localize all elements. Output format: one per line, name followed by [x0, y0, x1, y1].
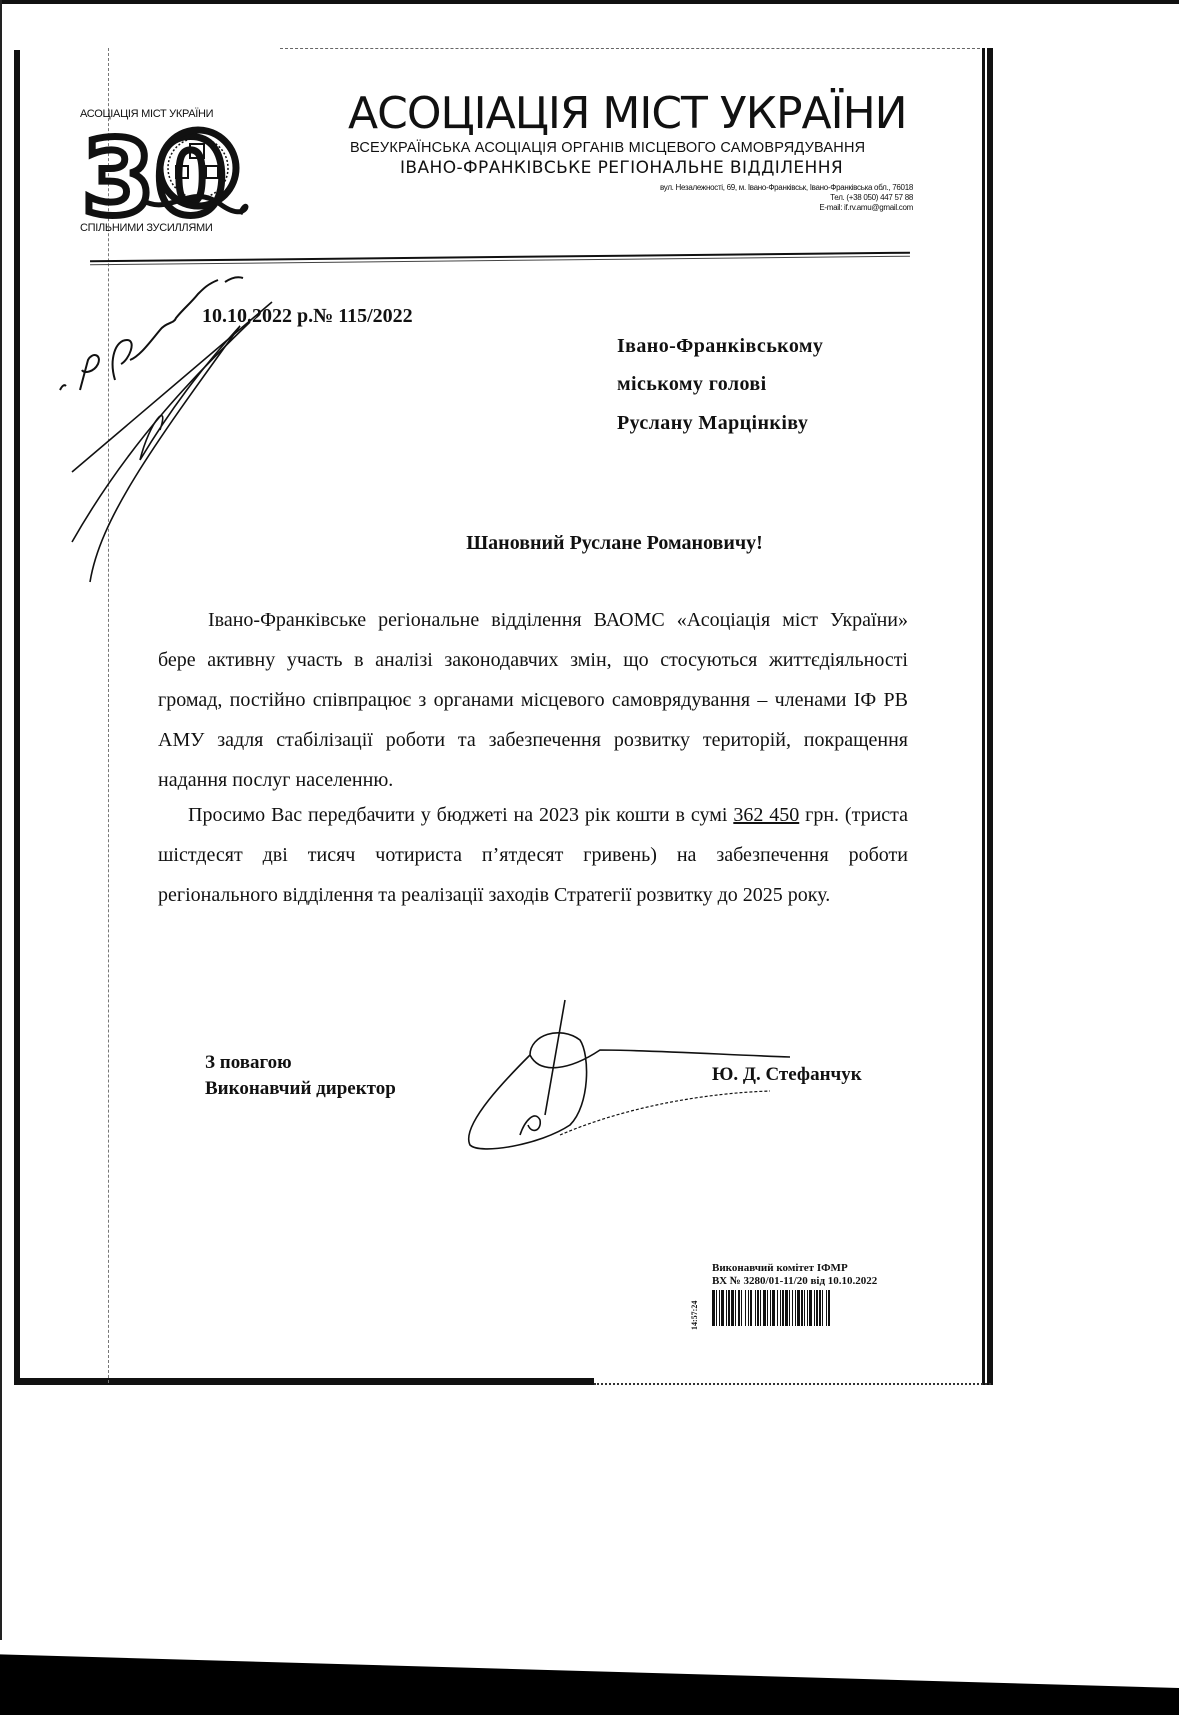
address: вул. Незалежності, 69, м. Івано-Франківс…: [660, 183, 913, 193]
recipient-line-3: Руслану Марцінківу: [617, 412, 808, 435]
contact-block: вул. Незалежності, 69, м. Івано-Франківс…: [660, 183, 913, 213]
page-frame-right: [985, 48, 993, 1385]
page-frame-left: [14, 50, 20, 1385]
salutation: Шановний Руслане Романовичу!: [0, 532, 1179, 555]
anniversary-logo-icon: 30: [80, 122, 255, 222]
barcode-icon: [712, 1290, 907, 1326]
request-text: Просимо Вас передбачити у бюджеті на 202…: [188, 804, 733, 826]
email: E-mail: if.rv.amu@gmail.com: [660, 203, 913, 213]
outgoing-reference: 10.10.2022 р.№ 115/2022: [202, 305, 413, 328]
logo-caption-bottom: СПІЛЬНИМИ ЗУСИЛЛЯМИ: [80, 222, 212, 234]
page-frame-top: [280, 48, 985, 50]
phone: Тел. (+38 050) 447 57 88: [660, 193, 913, 203]
recipient-line-2: міському голові: [617, 373, 767, 396]
closing-regards: З повагою: [205, 1050, 396, 1076]
stamp-time: 14:57:24: [690, 1301, 699, 1330]
page-frame-bottom: [14, 1378, 594, 1385]
org-subtitle: ВСЕУКРАЇНСЬКА АСОЦІАЦІЯ ОРГАНІВ МІСЦЕВОГ…: [350, 140, 865, 156]
requested-amount: 362 450: [733, 804, 799, 826]
scan-edge-left: [0, 0, 2, 1640]
scan-edge-top: [0, 0, 1179, 4]
branch-name: ІВАНО-ФРАНКІВСЬКЕ РЕГІОНАЛЬНЕ ВІДДІЛЕННЯ: [400, 158, 843, 178]
stamp-registrar: Виконавчий комітет ІФМР: [712, 1262, 848, 1274]
org-title: АСОЦІАЦІЯ МІСТ УКРАЇНИ: [348, 88, 907, 139]
scan-edge-bottom: [0, 1640, 1179, 1715]
fold-line: [108, 48, 109, 1383]
body-paragraph-1: Івано-Франківське регіональне відділення…: [158, 600, 908, 800]
recipient-line-1: Івано-Франківському: [617, 335, 823, 358]
body-paragraph-2: Просимо Вас передбачити у бюджеті на 202…: [158, 795, 908, 915]
signer-name: Ю. Д. Стефанчук: [712, 1064, 862, 1086]
signer-title: Виконавчий директор: [205, 1076, 396, 1102]
logo-caption-top: АСОЦІАЦІЯ МІСТ УКРАЇНИ: [80, 108, 213, 120]
page-frame-bottom-dotted: [594, 1383, 991, 1387]
closing-block: З повагою Виконавчий директор: [205, 1050, 396, 1102]
stamp-incoming-number: ВХ № 3280/01-11/20 від 10.10.2022: [712, 1275, 877, 1287]
